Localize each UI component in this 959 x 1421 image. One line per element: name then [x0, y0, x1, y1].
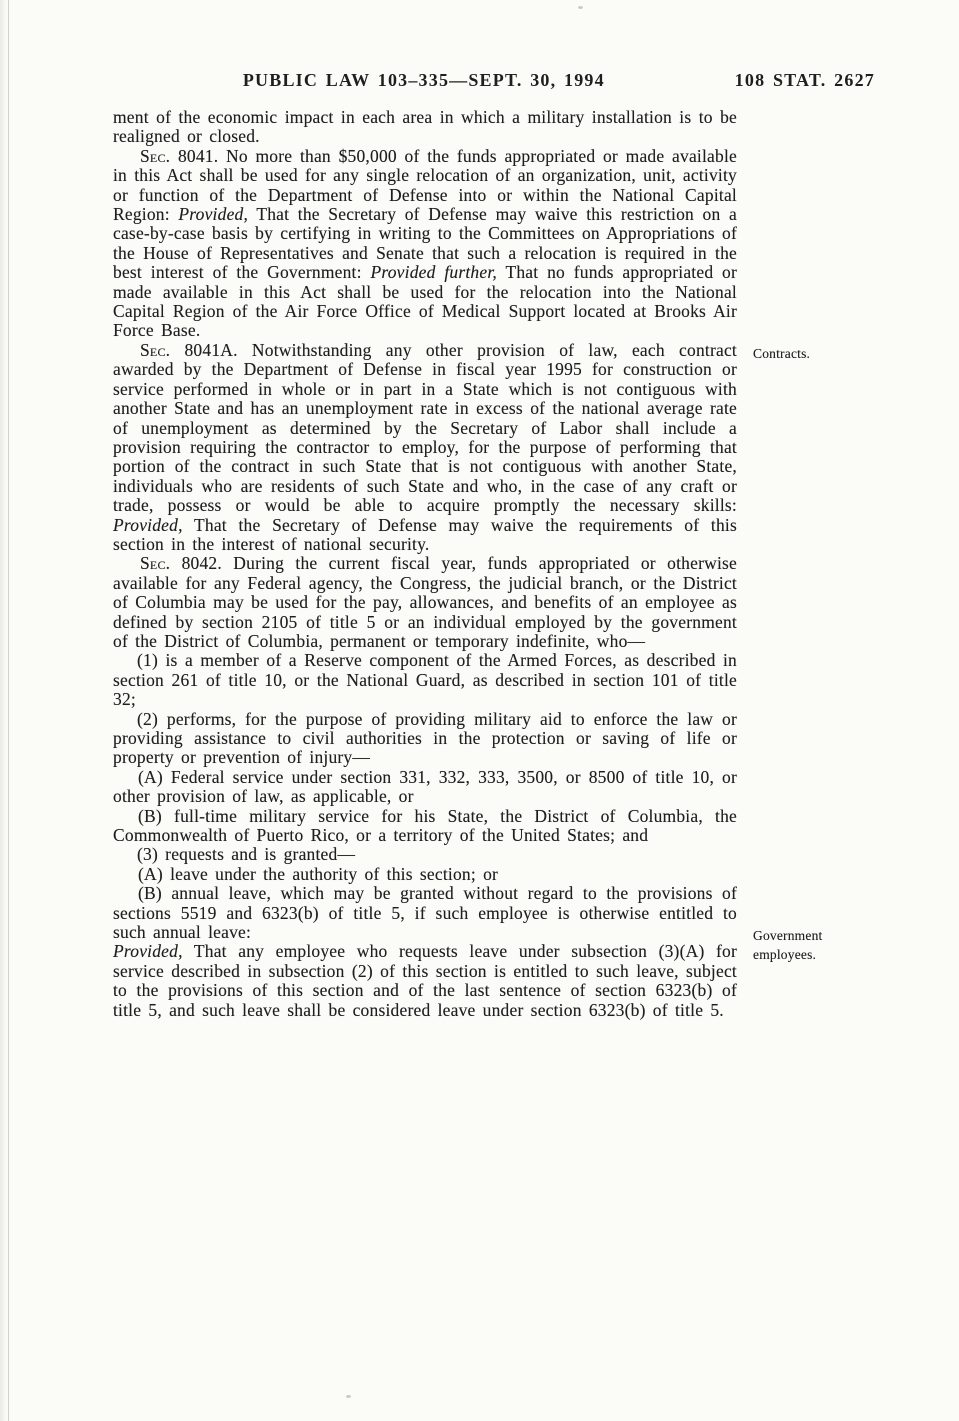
text-run: (A) leave under the authority of this se… [138, 864, 498, 884]
text-run: (B) annual leave, which may be granted w… [113, 883, 737, 942]
paragraph-sec-8041a: Sec. 8041A. Notwithstanding any other pr… [113, 341, 737, 554]
text-italic: Provided, [178, 204, 248, 224]
margin-note-line: employees. [753, 945, 871, 964]
scan-edge-shadow [0, 0, 7, 1421]
text-italic: Provided further, [370, 262, 497, 282]
text-run: 8041A. Notwithstanding any other provisi… [113, 340, 737, 515]
text-smallcaps: Sec. [140, 340, 170, 360]
text-run: (1) is a member of a Reserve component o… [113, 650, 737, 709]
text-run: ment of the economic impact in each area… [113, 107, 737, 146]
margin-note-contracts: Contracts. [753, 344, 871, 363]
text-smallcaps: Sec. [140, 146, 170, 166]
paragraph-item-2B: (B) full-time military service for his S… [113, 807, 737, 846]
text-smallcaps: Sec. [140, 553, 170, 573]
paragraph-item-3: (3) requests and is granted— [113, 845, 737, 864]
margin-note-line: Government [753, 926, 871, 945]
text-run: (B) full-time military service for his S… [113, 806, 737, 845]
text-run: That any employee who requests leave und… [113, 941, 737, 1019]
margin-note-line: Contracts. [753, 344, 871, 363]
text-italic: Provided, [113, 941, 183, 961]
text-run: (3) requests and is granted— [137, 844, 355, 864]
text-run: (2) performs, for the purpose of providi… [113, 709, 737, 768]
page-header: PUBLIC LAW 103–335—SEPT. 30, 1994 108 ST… [113, 70, 875, 91]
paragraph-continuation: ment of the economic impact in each area… [113, 108, 737, 147]
paragraph-sec-8041: Sec. 8041. No more than $50,000 of the f… [113, 147, 737, 341]
text-run: That the Secretary of Defense may waive … [113, 515, 737, 554]
paragraph-item-3A: (A) leave under the authority of this se… [113, 865, 737, 884]
stat-number: 108 STAT. 2627 [735, 70, 875, 91]
paragraph-item-3B: (B) annual leave, which may be granted w… [113, 884, 737, 942]
paragraph-item-1: (1) is a member of a Reserve component o… [113, 651, 737, 709]
text-run: 8042. During the current fiscal year, fu… [113, 553, 737, 651]
paragraph-item-2: (2) performs, for the purpose of providi… [113, 710, 737, 768]
paragraph-sec-8042: Sec. 8042. During the current fiscal yea… [113, 554, 737, 651]
scan-edge-line [8, 0, 9, 1421]
statute-page: PUBLIC LAW 103–335—SEPT. 30, 1994 108 ST… [0, 0, 959, 1421]
margin-note-government_employees: Governmentemployees. [753, 926, 871, 965]
paragraph-item-2A: (A) Federal service under section 331, 3… [113, 768, 737, 807]
text-italic: Provided, [113, 515, 183, 535]
paragraph-proviso: Provided, That any employee who requests… [113, 942, 737, 1020]
text-column: ment of the economic impact in each area… [113, 108, 737, 1020]
text-run: (A) Federal service under section 331, 3… [113, 767, 737, 806]
scan-artifact [346, 1395, 351, 1398]
law-title: PUBLIC LAW 103–335—SEPT. 30, 1994 [113, 70, 735, 91]
scan-artifact [578, 6, 583, 9]
